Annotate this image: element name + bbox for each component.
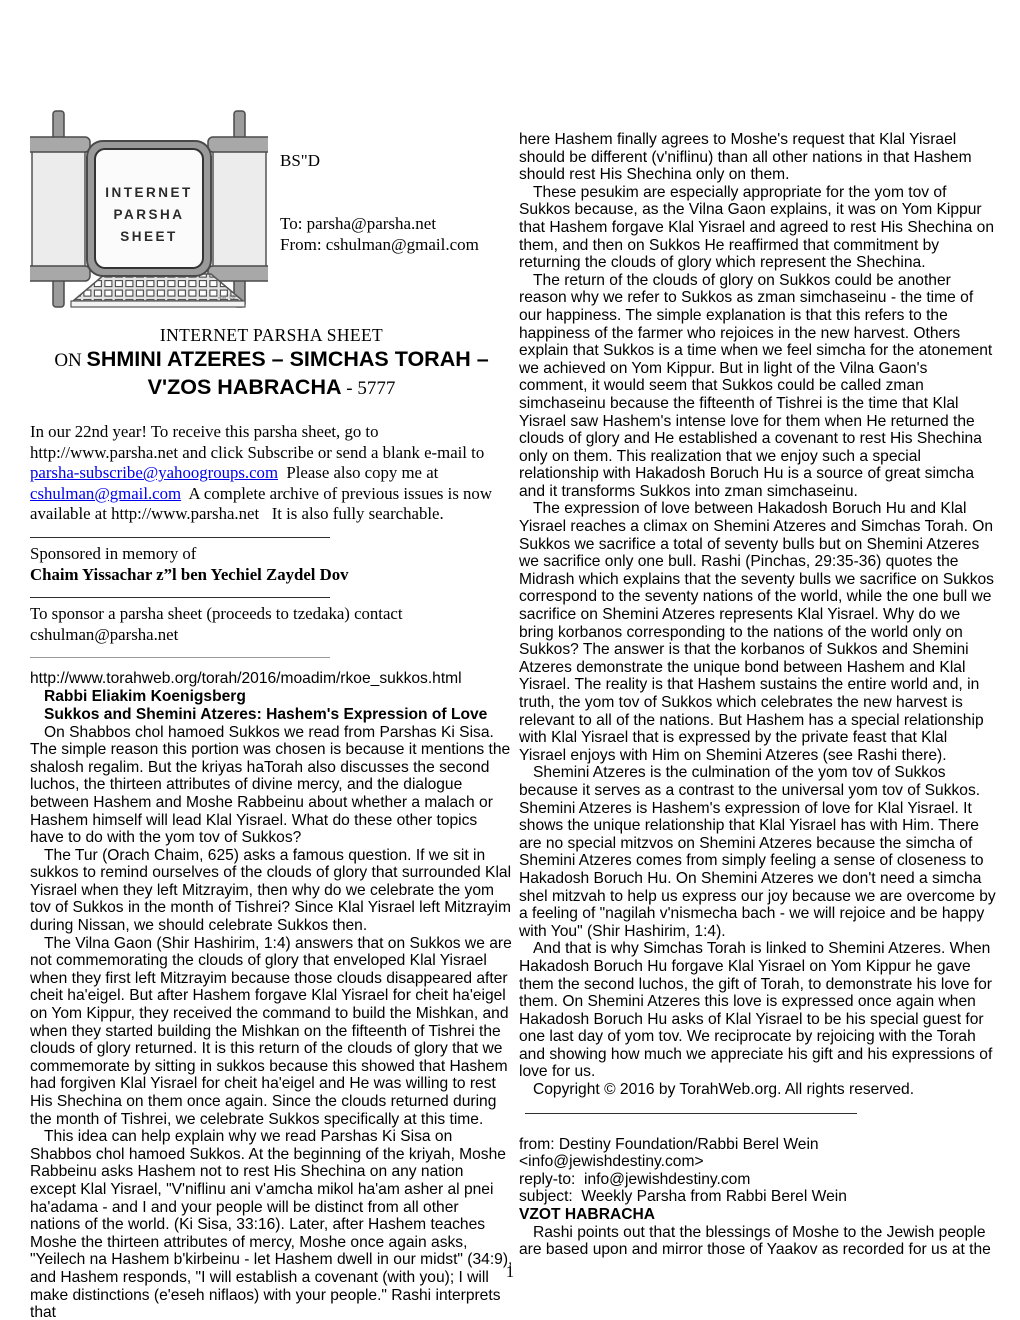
article-paragraph: The return of the clouds of glory on Suk… — [519, 272, 998, 501]
torah-scroll-computer-icon: aaf '02 INTERNET PARSHA SHEET — [30, 108, 268, 310]
article2-title: VZOT HABRACHA — [519, 1206, 998, 1224]
subscription-text-1: In our 22nd year! To receive this parsha… — [30, 422, 488, 462]
subscription-paragraph: In our 22nd year! To receive this parsha… — [30, 422, 513, 525]
page-header: aaf '02 INTERNET PARSHA SHEET BS"D To: p… — [30, 108, 513, 315]
article-paragraph: Shemini Atzeres is the culmination of th… — [519, 764, 998, 940]
email-from-line2: <info@jewishdestiny.com> — [519, 1153, 998, 1171]
logo-text-line1: INTERNET — [105, 185, 193, 200]
article-paragraph: This idea can help explain why we read P… — [30, 1128, 513, 1320]
sponsor-contact-block: To sponsor a parsha sheet (proceeds to t… — [30, 604, 513, 645]
masthead-line1: INTERNET PARSHA SHEET — [30, 325, 513, 346]
header-meta: BS"D To: parsha@parsha.net From: cshulma… — [280, 108, 479, 255]
email-reply-to: reply-to: info@jewishdestiny.com — [519, 1171, 998, 1189]
masthead-line3: V'ZOS HABRACHA - 5777 — [30, 374, 513, 402]
masthead-title-bold: SHMINI ATZERES – SIMCHAS TORAH – — [87, 347, 489, 371]
copy-email-link[interactable]: cshulman@gmail.com — [30, 484, 181, 503]
sponsor-contact-line1: To sponsor a parsha sheet (proceeds to t… — [30, 604, 513, 625]
logo-text-line3: SHEET — [120, 229, 178, 244]
sponsor-memory-name: Chaim Yissachar z”l ben Yechiel Zaydel D… — [30, 565, 513, 586]
bsd-label: BS"D — [280, 150, 479, 171]
article-title: Sukkos and Shemini Atzeres: Hashem's Exp… — [30, 706, 513, 724]
scroll-left-roller-icon — [30, 111, 90, 307]
masthead-title-bold2: V'ZOS HABRACHA — [148, 375, 342, 399]
article-paragraph: These pesukim are especially appropriate… — [519, 184, 998, 272]
page-number: 1 — [0, 1262, 1020, 1282]
article-source-url: http://www.torahweb.org/torah/2016/moadi… — [30, 670, 513, 688]
article-author: Rabbi Eliakim Koenigsberg — [30, 688, 513, 706]
wein-email-header: from: Destiny Foundation/Rabbi Berel Wei… — [519, 1136, 998, 1206]
from-line: From: cshulman@gmail.com — [280, 234, 479, 255]
article-copyright: Copyright © 2016 by TorahWeb.org. All ri… — [519, 1081, 998, 1099]
email-from-line1: from: Destiny Foundation/Rabbi Berel Wei… — [519, 1136, 998, 1154]
monitor-icon: INTERNET PARSHA SHEET — [87, 141, 211, 276]
article-paragraph: On Shabbos chol hamoed Sukkos we read fr… — [30, 724, 513, 847]
logo-signature: aaf '02 — [218, 295, 236, 301]
email-subject: subject: Weekly Parsha from Rabbi Berel … — [519, 1188, 998, 1206]
masthead-line2: ON SHMINI ATZERES – SIMCHAS TORAH – — [30, 346, 513, 374]
masthead-on-prefix: ON — [54, 350, 86, 371]
divider-4 — [525, 1113, 857, 1114]
sponsor-memory-block: Sponsored in memory of Chaim Yissachar z… — [30, 544, 513, 585]
subscription-text-2: Please also copy me at — [278, 463, 443, 482]
article-paragraph: And that is why Simchas Torah is linked … — [519, 940, 998, 1081]
article-paragraph: The Tur (Orach Chaim, 625) asks a famous… — [30, 847, 513, 935]
subscribe-email-link[interactable]: parsha-subscribe@yahoogroups.com — [30, 463, 278, 482]
article-koenigsberg: http://www.torahweb.org/torah/2016/moadi… — [30, 670, 513, 1320]
sponsor-contact-line2: cshulman@parsha.net — [30, 625, 513, 646]
left-column: aaf '02 INTERNET PARSHA SHEET BS"D To: p… — [30, 108, 513, 1320]
right-column: here Hashem finally agrees to Moshe's re… — [519, 131, 998, 1259]
scroll-right-roller-icon — [208, 111, 268, 307]
logo-text-line2: PARSHA — [113, 207, 184, 222]
article-paragraph: The expression of love between Hakadosh … — [519, 500, 998, 764]
article-paragraph: The Vilna Gaon (Shir Hashirim, 1:4) answ… — [30, 935, 513, 1129]
to-line: To: parsha@parsha.net — [280, 213, 479, 234]
sponsor-memory-label: Sponsored in memory of — [30, 544, 513, 565]
article-paragraph: here Hashem finally agrees to Moshe's re… — [519, 131, 998, 184]
divider-2 — [30, 597, 330, 598]
masthead: INTERNET PARSHA SHEET ON SHMINI ATZERES … — [30, 325, 513, 402]
article-paragraph: Rashi points out that the blessings of M… — [519, 1224, 998, 1259]
divider-1 — [30, 537, 330, 538]
internet-parsha-sheet-logo: aaf '02 INTERNET PARSHA SHEET — [30, 108, 268, 315]
masthead-year-suffix: - 5777 — [342, 378, 396, 399]
divider-3 — [30, 657, 330, 658]
